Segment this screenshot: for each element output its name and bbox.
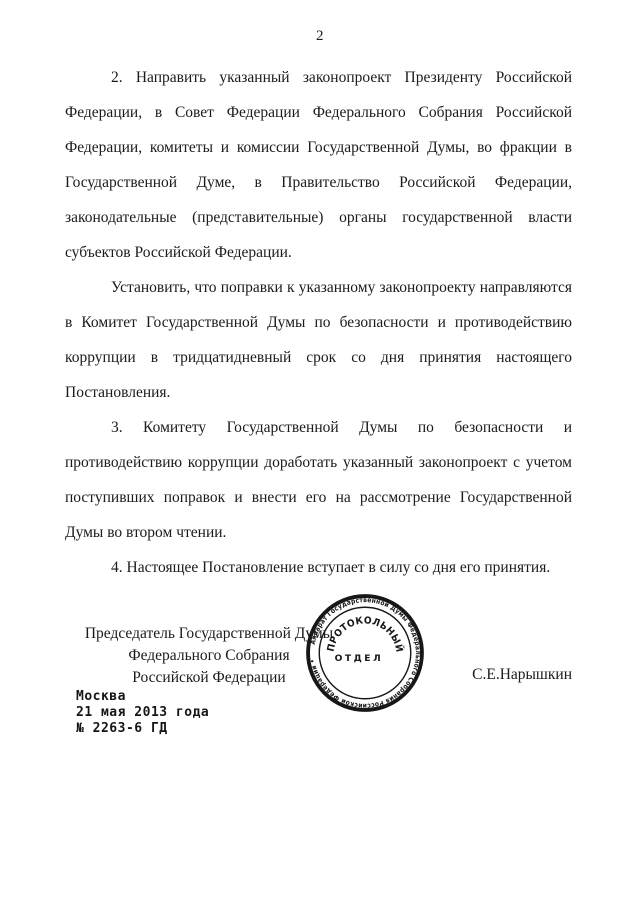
body-line: 3. Комитету Государственной Думы по безо…: [65, 410, 572, 445]
body-line: Установить, что поправки к указанному за…: [65, 270, 572, 305]
document-footer: Москва21 мая 2013 года№ 2263-6 ГД: [76, 689, 209, 737]
body-line: в Комитет Государственной Думы по безопа…: [65, 305, 572, 340]
footer-line: 21 мая 2013 года: [76, 705, 209, 721]
body-line: 4. Настоящее Постановление вступает в си…: [65, 550, 572, 585]
stamp-center-text: ОТДЕЛ: [335, 654, 384, 664]
document-page: 2 2. Направить указанный законопроект Пр…: [0, 0, 640, 905]
document-body: 2. Направить указанный законопроект През…: [65, 60, 572, 585]
footer-line: Москва: [76, 689, 209, 705]
stamp-seal-icon: Аппарат Государственной Думы Федеральног…: [304, 592, 426, 714]
stamp-center-arc-text: ПРОТОКОЛЬНЫЙ: [326, 615, 407, 653]
body-line: Постановления.: [65, 375, 572, 410]
body-line: Государственной Думе, в Правительство Ро…: [65, 165, 572, 200]
body-line: коррупции в тридцатидневный срок со дня …: [65, 340, 572, 375]
body-line: законодательные (представительные) орган…: [65, 200, 572, 235]
page-number: 2: [0, 28, 640, 45]
body-line: 2. Направить указанный законопроект През…: [65, 60, 572, 95]
footer-line: № 2263-6 ГД: [76, 721, 209, 737]
body-line: субъектов Российской Федерации.: [65, 235, 572, 270]
signatory-name: С.Е.Нарышкин: [420, 666, 572, 684]
body-line: Федерации, в Совет Федерации Федеральног…: [65, 95, 572, 130]
body-line: Думы во втором чтении.: [65, 515, 572, 550]
stamp-ring-text: Аппарат Государственной Думы Федеральног…: [309, 596, 422, 710]
body-line: Федерации, комитеты и комиссии Государст…: [65, 130, 572, 165]
official-stamp: Аппарат Государственной Думы Федеральног…: [304, 592, 426, 714]
body-line: поступивших поправок и внести его на рас…: [65, 480, 572, 515]
body-line: противодействию коррупции доработать ука…: [65, 445, 572, 480]
